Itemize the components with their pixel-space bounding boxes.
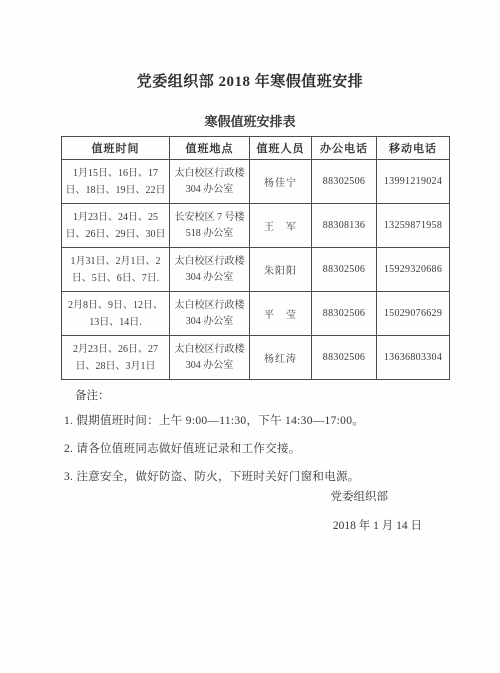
document-title: 党委组织部 2018 年寒假值班安排 — [0, 70, 500, 91]
col-header-duty-time: 值班时间 — [62, 137, 170, 160]
duty-person-cell: 王 军 — [250, 204, 312, 248]
table-row: 2月23日、26日、27日、28日、3月1日 太白校区行政楼 304 办公室 杨… — [62, 336, 450, 380]
duty-time-cell: 2月23日、26日、27日、28日、3月1日 — [62, 336, 170, 380]
duty-person-cell: 平 莹 — [250, 292, 312, 336]
duty-place-cell: 太白校区行政楼 304 办公室 — [170, 248, 250, 292]
duty-schedule-table: 值班时间 值班地点 值班人员 办公电话 移动电话 1月15日、16日、17日、1… — [61, 136, 450, 380]
table-caption: 寒假值班安排表 — [0, 111, 500, 130]
signature-block: 党委组织部 2018 年 1 月 14 日 — [0, 488, 500, 533]
duty-time-cell: 1月31日、2月1日、2日、5日、6日、7日. — [62, 248, 170, 292]
duty-place-cell: 长安校区 7 号楼 518 办公室 — [170, 204, 250, 248]
mobile-phone-cell: 13259871958 — [377, 204, 450, 248]
duty-person-cell: 杨佳宁 — [250, 160, 312, 204]
table-row: 1月23日、24日、25日、26日、29日、30日 长安校区 7 号楼 518 … — [62, 204, 450, 248]
col-header-mobile-phone: 移动电话 — [377, 137, 450, 160]
note-item-2: 2. 请各位值班同志做好值班记录和工作交接。 — [64, 441, 454, 457]
col-header-duty-person: 值班人员 — [250, 137, 312, 160]
duty-person-cell: 杨红涛 — [250, 336, 312, 380]
table-header-row: 值班时间 值班地点 值班人员 办公电话 移动电话 — [62, 137, 450, 160]
mobile-phone-cell: 13636803304 — [377, 336, 450, 380]
signature-department: 党委组织部 — [0, 488, 500, 504]
mobile-phone-cell: 13991219024 — [377, 160, 450, 204]
document-page: 党委组织部 2018 年寒假值班安排 寒假值班安排表 值班时间 值班地点 值班人… — [0, 0, 500, 673]
mobile-phone-cell: 15029076629 — [377, 292, 450, 336]
col-header-office-phone: 办公电话 — [312, 137, 377, 160]
duty-person-cell: 朱阳阳 — [250, 248, 312, 292]
office-phone-cell: 88302506 — [312, 292, 377, 336]
mobile-phone-cell: 15929320686 — [377, 248, 450, 292]
office-phone-cell: 88308136 — [312, 204, 377, 248]
col-header-duty-place: 值班地点 — [170, 137, 250, 160]
duty-time-cell: 1月15日、16日、17日、18日、19日、22日 — [62, 160, 170, 204]
duty-place-cell: 太白校区行政楼 304 办公室 — [170, 336, 250, 380]
duty-place-cell: 太白校区行政楼 304 办公室 — [170, 292, 250, 336]
notes-section: 备注： 1. 假期值班时间：上午 9:00—11:30，下午 14:30—17:… — [64, 387, 454, 497]
table-row: 1月15日、16日、17日、18日、19日、22日 太白校区行政楼 304 办公… — [62, 160, 450, 204]
office-phone-cell: 88302506 — [312, 160, 377, 204]
notes-label: 备注： — [75, 387, 454, 403]
table-row: 2月8日、9日、12日、13日、14日. 太白校区行政楼 304 办公室 平 莹… — [62, 292, 450, 336]
note-item-1: 1. 假期值班时间：上午 9:00—11:30，下午 14:30—17:00。 — [64, 413, 454, 429]
duty-place-cell: 太白校区行政楼 304 办公室 — [170, 160, 250, 204]
office-phone-cell: 88302506 — [312, 336, 377, 380]
note-item-3: 3. 注意安全，做好防盗、防火，下班时关好门窗和电源。 — [64, 469, 454, 485]
duty-time-cell: 1月23日、24日、25日、26日、29日、30日 — [62, 204, 170, 248]
table-row: 1月31日、2月1日、2日、5日、6日、7日. 太白校区行政楼 304 办公室 … — [62, 248, 450, 292]
office-phone-cell: 88302506 — [312, 248, 377, 292]
duty-time-cell: 2月8日、9日、12日、13日、14日. — [62, 292, 170, 336]
signature-date: 2018 年 1 月 14 日 — [0, 517, 500, 533]
